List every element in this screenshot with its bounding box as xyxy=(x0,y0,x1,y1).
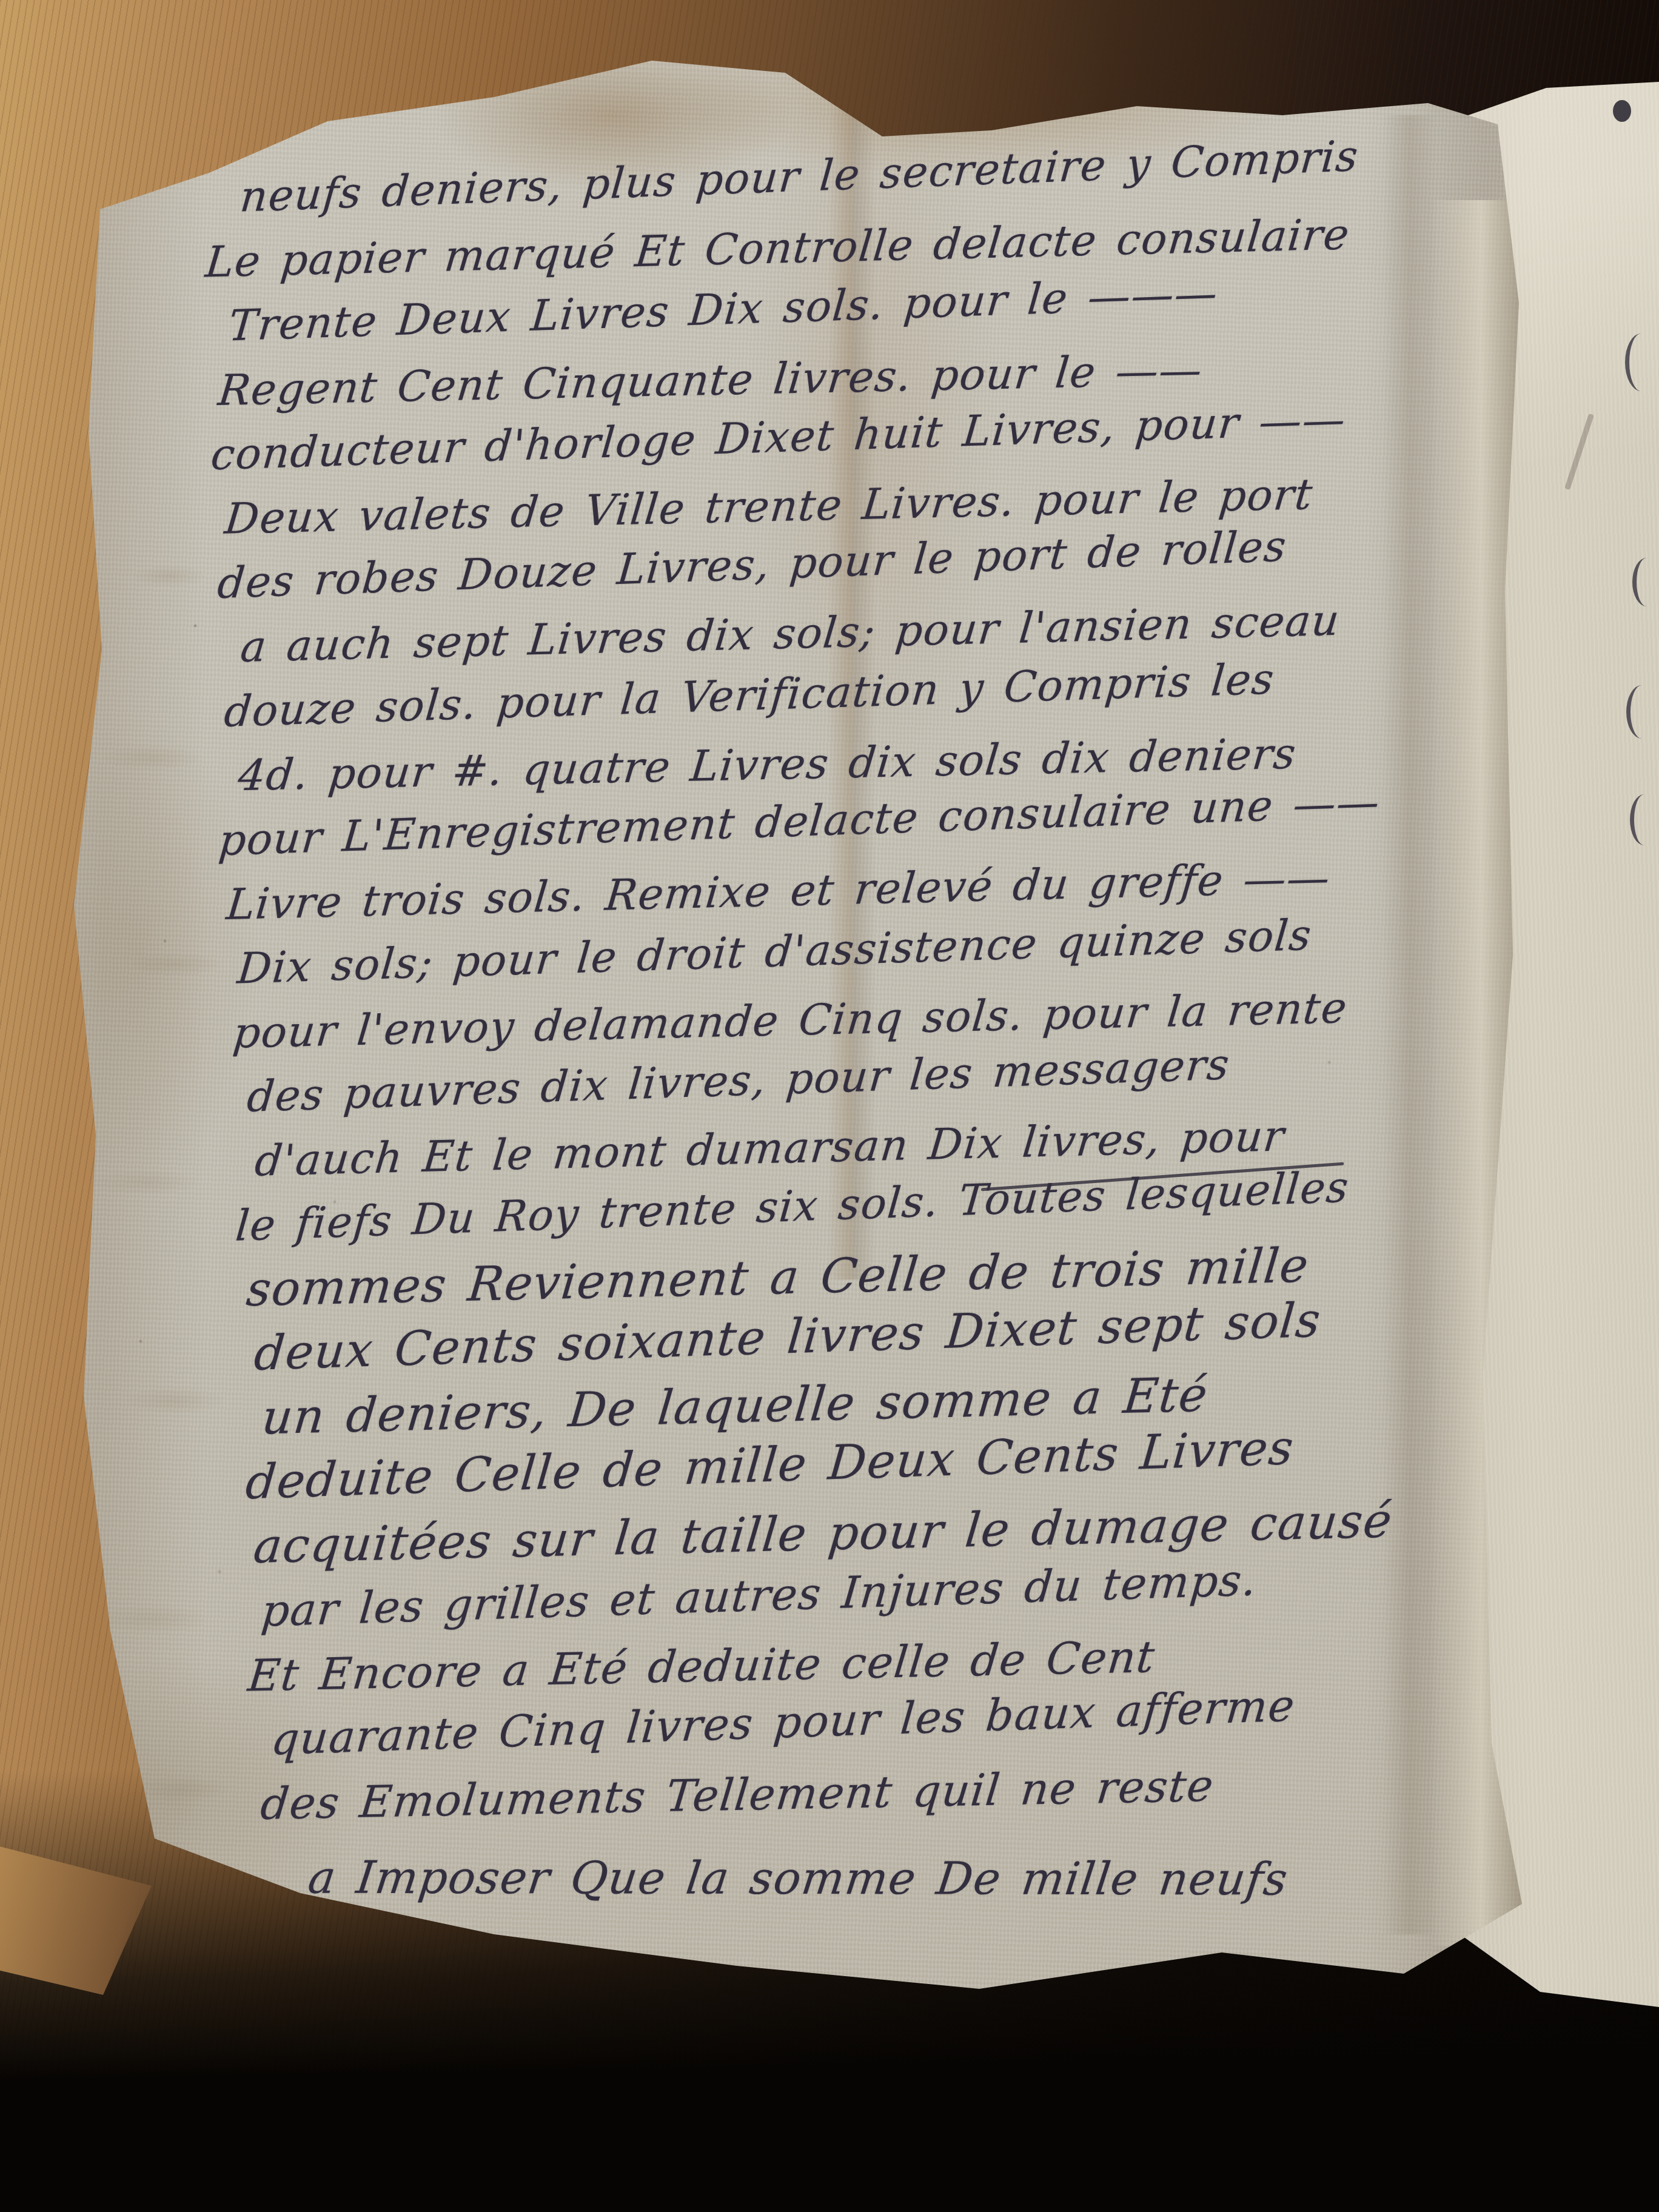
ink-stroke-fragment xyxy=(1626,685,1657,739)
manuscript-page: neufs deniers, plus pour le secretaire y… xyxy=(67,42,1534,2037)
manuscript-line: a Imposer Que la somme De mille neufs xyxy=(304,1846,1543,1912)
ink-stroke-fragment xyxy=(1630,794,1658,845)
ink-blot-mark xyxy=(1613,100,1631,122)
ink-stroke-fragment xyxy=(1625,333,1657,391)
ink-stroke-fragment xyxy=(1632,558,1659,606)
manuscript-text: neufs deniers, plus pour le secretaire y… xyxy=(170,130,1540,1912)
photograph-scene: neufs deniers, plus pour le secretaire y… xyxy=(0,0,1659,2212)
